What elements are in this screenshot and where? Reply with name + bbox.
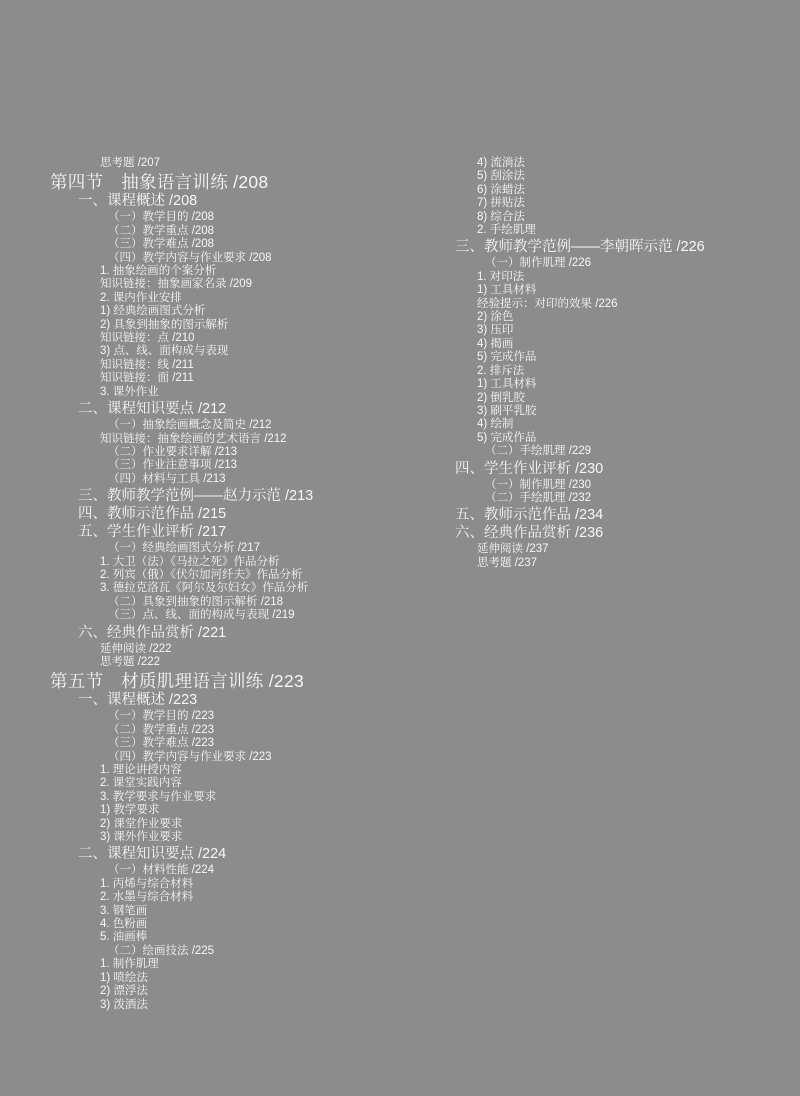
toc-column-right: 4) 流淌法5) 刮涂法6) 涂蜡法7) 拼贴法8) 综合法2. 手绘肌理三、教… — [427, 157, 787, 570]
toc-subheading: （一）材料性能 /224 — [50, 864, 450, 877]
toc-item: 延伸阅读 /222 — [50, 643, 450, 656]
toc-item: 4) 流淌法 — [427, 157, 787, 170]
toc-subheading: （四）教学内容与作业要求 /208 — [50, 252, 450, 265]
toc-item: 1) 经典绘画图式分析 — [50, 305, 450, 318]
toc-heading: 三、教师教学范例——赵力示范 /213 — [50, 489, 450, 504]
toc-item: 5. 油画棒 — [50, 931, 450, 944]
toc-item: 知识链接：线 /211 — [50, 359, 450, 372]
toc-item: 3) 课外作业要求 — [50, 831, 450, 844]
toc-item: 1) 教学要求 — [50, 804, 450, 817]
toc-subheading: （三）教学难点 /208 — [50, 238, 450, 251]
toc-subheading: （四）教学内容与作业要求 /223 — [50, 751, 450, 764]
toc-subheading: （一）制作肌理 /226 — [427, 257, 787, 270]
toc-item: 3) 刷平乳胶 — [427, 405, 787, 418]
toc-item: 3. 德拉克洛瓦《阿尔及尔妇女》作品分析 — [50, 582, 450, 595]
toc-item: 8) 综合法 — [427, 211, 787, 224]
toc-subheading: （四）材料与工具 /213 — [50, 473, 450, 486]
toc-item: 1. 大卫（法）《马拉之死》作品分析 — [50, 556, 450, 569]
toc-item: 思考题 /237 — [427, 557, 787, 570]
toc-subheading: （二）作业要求详解 /213 — [50, 446, 450, 459]
toc-section-heading: 第四节 抽象语言训练 /208 — [50, 173, 450, 191]
toc-item: 经验提示：对印的效果 /226 — [427, 298, 787, 311]
toc-subheading: （二）绘画技法 /225 — [50, 945, 450, 958]
toc-item: 3) 点、线、面构成与表现 — [50, 345, 450, 358]
toc-item: 1. 丙烯与综合材料 — [50, 878, 450, 891]
toc-subheading: （三）教学难点 /223 — [50, 737, 450, 750]
toc-subheading: （二）手绘肌理 /232 — [427, 492, 787, 505]
toc-subheading: （二）手绘肌理 /229 — [427, 445, 787, 458]
toc-heading: 五、学生作业评析 /217 — [50, 525, 450, 540]
toc-item: 2) 涂色 — [427, 311, 787, 324]
toc-item: 知识链接：抽象画家名录 /209 — [50, 278, 450, 291]
toc-page: 思考题 /207第四节 抽象语言训练 /208一、课程概述 /208（一）教学目… — [0, 0, 800, 1096]
toc-item: 思考题 /207 — [50, 157, 450, 170]
toc-subheading: （二）教学重点 /208 — [50, 225, 450, 238]
toc-item: 6) 涂蜡法 — [427, 184, 787, 197]
toc-item: 5) 刮涂法 — [427, 170, 787, 183]
toc-subheading: （一）经典绘画图式分析 /217 — [50, 542, 450, 555]
toc-subheading: （三）点、线、面的构成与表现 /219 — [50, 609, 450, 622]
toc-section-heading: 第五节 材质肌理语言训练 /223 — [50, 672, 450, 690]
toc-item: 3. 课外作业 — [50, 386, 450, 399]
toc-column-left: 思考题 /207第四节 抽象语言训练 /208一、课程概述 /208（一）教学目… — [50, 157, 450, 1012]
toc-item: 知识链接：抽象绘画的艺术语言 /212 — [50, 433, 450, 446]
toc-item: 1) 喷绘法 — [50, 972, 450, 985]
toc-item: 5) 完成作品 — [427, 432, 787, 445]
toc-subheading: （二）教学重点 /223 — [50, 724, 450, 737]
toc-heading: 五、教师示范作品 /234 — [427, 508, 787, 523]
toc-item: 知识链接：点 /210 — [50, 332, 450, 345]
toc-item: 1) 工具材料 — [427, 284, 787, 297]
toc-item: 2) 具象到抽象的图示解析 — [50, 319, 450, 332]
toc-item: 3. 钢笔画 — [50, 905, 450, 918]
toc-item: 1) 工具材料 — [427, 378, 787, 391]
toc-item: 2. 排斥法 — [427, 365, 787, 378]
toc-heading: 三、教师教学范例——李朝晖示范 /226 — [427, 240, 787, 255]
toc-item: 7) 拼贴法 — [427, 197, 787, 210]
toc-heading: 四、教师示范作品 /215 — [50, 507, 450, 522]
toc-item: 知识链接：面 /211 — [50, 372, 450, 385]
toc-subheading: （一）制作肌理 /230 — [427, 479, 787, 492]
toc-heading: 六、经典作品赏析 /236 — [427, 526, 787, 541]
toc-item: 2) 漂浮法 — [50, 985, 450, 998]
toc-item: 2. 课堂实践内容 — [50, 777, 450, 790]
toc-heading: 二、课程知识要点 /212 — [50, 402, 450, 417]
toc-item: 3) 泼洒法 — [50, 999, 450, 1012]
toc-item: 3) 压印 — [427, 324, 787, 337]
toc-item: 2. 列宾（俄）《伏尔加河纤夫》作品分析 — [50, 569, 450, 582]
toc-heading: 六、经典作品赏析 /221 — [50, 626, 450, 641]
toc-item: 1. 抽象绘画的个案分析 — [50, 265, 450, 278]
toc-item: 5) 完成作品 — [427, 351, 787, 364]
toc-item: 3. 教学要求与作业要求 — [50, 791, 450, 804]
toc-item: 1. 理论讲授内容 — [50, 764, 450, 777]
toc-subheading: （二）具象到抽象的图示解析 /218 — [50, 596, 450, 609]
toc-item: 4) 揭画 — [427, 338, 787, 351]
toc-item: 1. 对印法 — [427, 271, 787, 284]
toc-item: 2. 课内作业安排 — [50, 292, 450, 305]
toc-heading: 一、课程概述 /223 — [50, 693, 450, 708]
toc-item: 4. 色粉画 — [50, 918, 450, 931]
toc-item: 2. 手绘肌理 — [427, 224, 787, 237]
toc-heading: 二、课程知识要点 /224 — [50, 847, 450, 862]
toc-subheading: （一）教学目的 /223 — [50, 710, 450, 723]
toc-heading: 一、课程概述 /208 — [50, 194, 450, 209]
toc-heading: 四、学生作业评析 /230 — [427, 462, 787, 477]
toc-subheading: （三）作业注意事项 /213 — [50, 459, 450, 472]
toc-item: 1. 制作肌理 — [50, 958, 450, 971]
toc-item: 2) 课堂作业要求 — [50, 818, 450, 831]
toc-item: 2) 倒乳胶 — [427, 392, 787, 405]
toc-item: 4) 绘制 — [427, 418, 787, 431]
toc-item: 思考题 /222 — [50, 656, 450, 669]
toc-item: 2. 水墨与综合材料 — [50, 891, 450, 904]
toc-item: 延伸阅读 /237 — [427, 543, 787, 556]
toc-subheading: （一）教学目的 /208 — [50, 211, 450, 224]
toc-subheading: （一）抽象绘画概念及简史 /212 — [50, 419, 450, 432]
